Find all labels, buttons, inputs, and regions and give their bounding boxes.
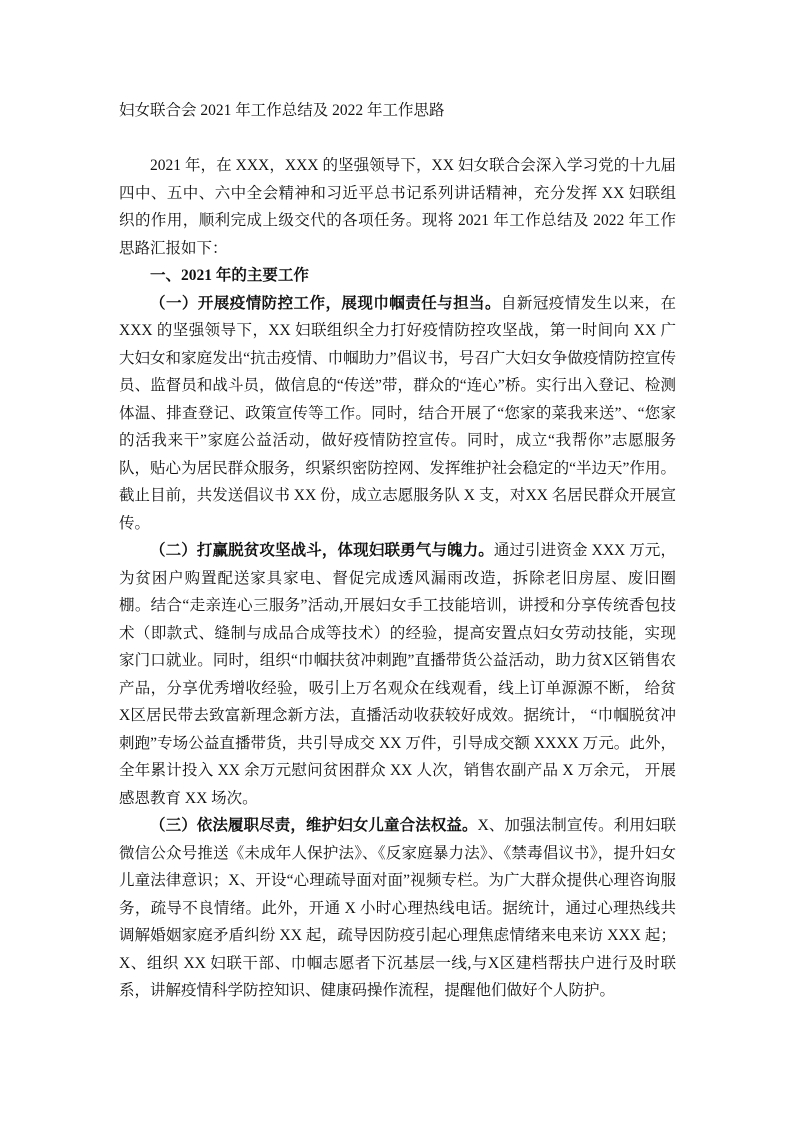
section-1-lead: （一）开展疫情防控工作，展现巾帼责任与担当。 [150,295,501,312]
section-2-lead: （二）打赢脱贫攻坚战斗，体现妇联勇气与魄力。 [150,542,494,559]
blank-line-spacer [119,125,676,153]
section-3-body: X、加强法制宣传。利用妇联微信公众号推送《未成年人保护法》、《反家庭暴力法》、《… [119,817,676,999]
paragraph-intro-text: 2021 年，在 XXX，XXX 的坚强领导下，XX 妇女联合会深入学习党的十九… [119,157,676,257]
section-1-body: 自新冠疫情发生以来，在 XXX 的坚强领导下，XX 妇联组织全力打好疫情防控攻坚… [119,295,676,532]
heading-main-work-text: 一、2021 年的主要工作 [150,267,309,284]
paragraph-intro: 2021 年，在 XXX，XXX 的坚强领导下，XX 妇女联合会深入学习党的十九… [119,152,676,262]
heading-main-work: 一、2021 年的主要工作 [119,262,676,290]
section-1-paragraph: （一）开展疫情防控工作，展现巾帼责任与担当。自新冠疫情发生以来，在 XXX 的坚… [119,290,676,538]
section-3-paragraph: （三）依法履职尽责，维护妇女儿童合法权益。X、加强法制宣传。利用妇联微信公众号推… [119,812,676,1005]
document-title: 妇女联合会 2021 年工作总结及 2022 年工作思路 [119,97,676,125]
section-2-paragraph: （二）打赢脱贫攻坚战斗，体现妇联勇气与魄力。通过引进资金 XXX 万元，为贫困户… [119,537,676,812]
document-page: 妇女联合会 2021 年工作总结及 2022 年工作思路 2021 年，在 XX… [119,97,676,1005]
section-3-lead: （三）依法履职尽责，维护妇女儿童合法权益。 [150,817,478,834]
section-2-body: 通过引进资金 XXX 万元，为贫困户购置配送家具家电、督促完成透风漏雨改造，拆除… [119,542,676,807]
